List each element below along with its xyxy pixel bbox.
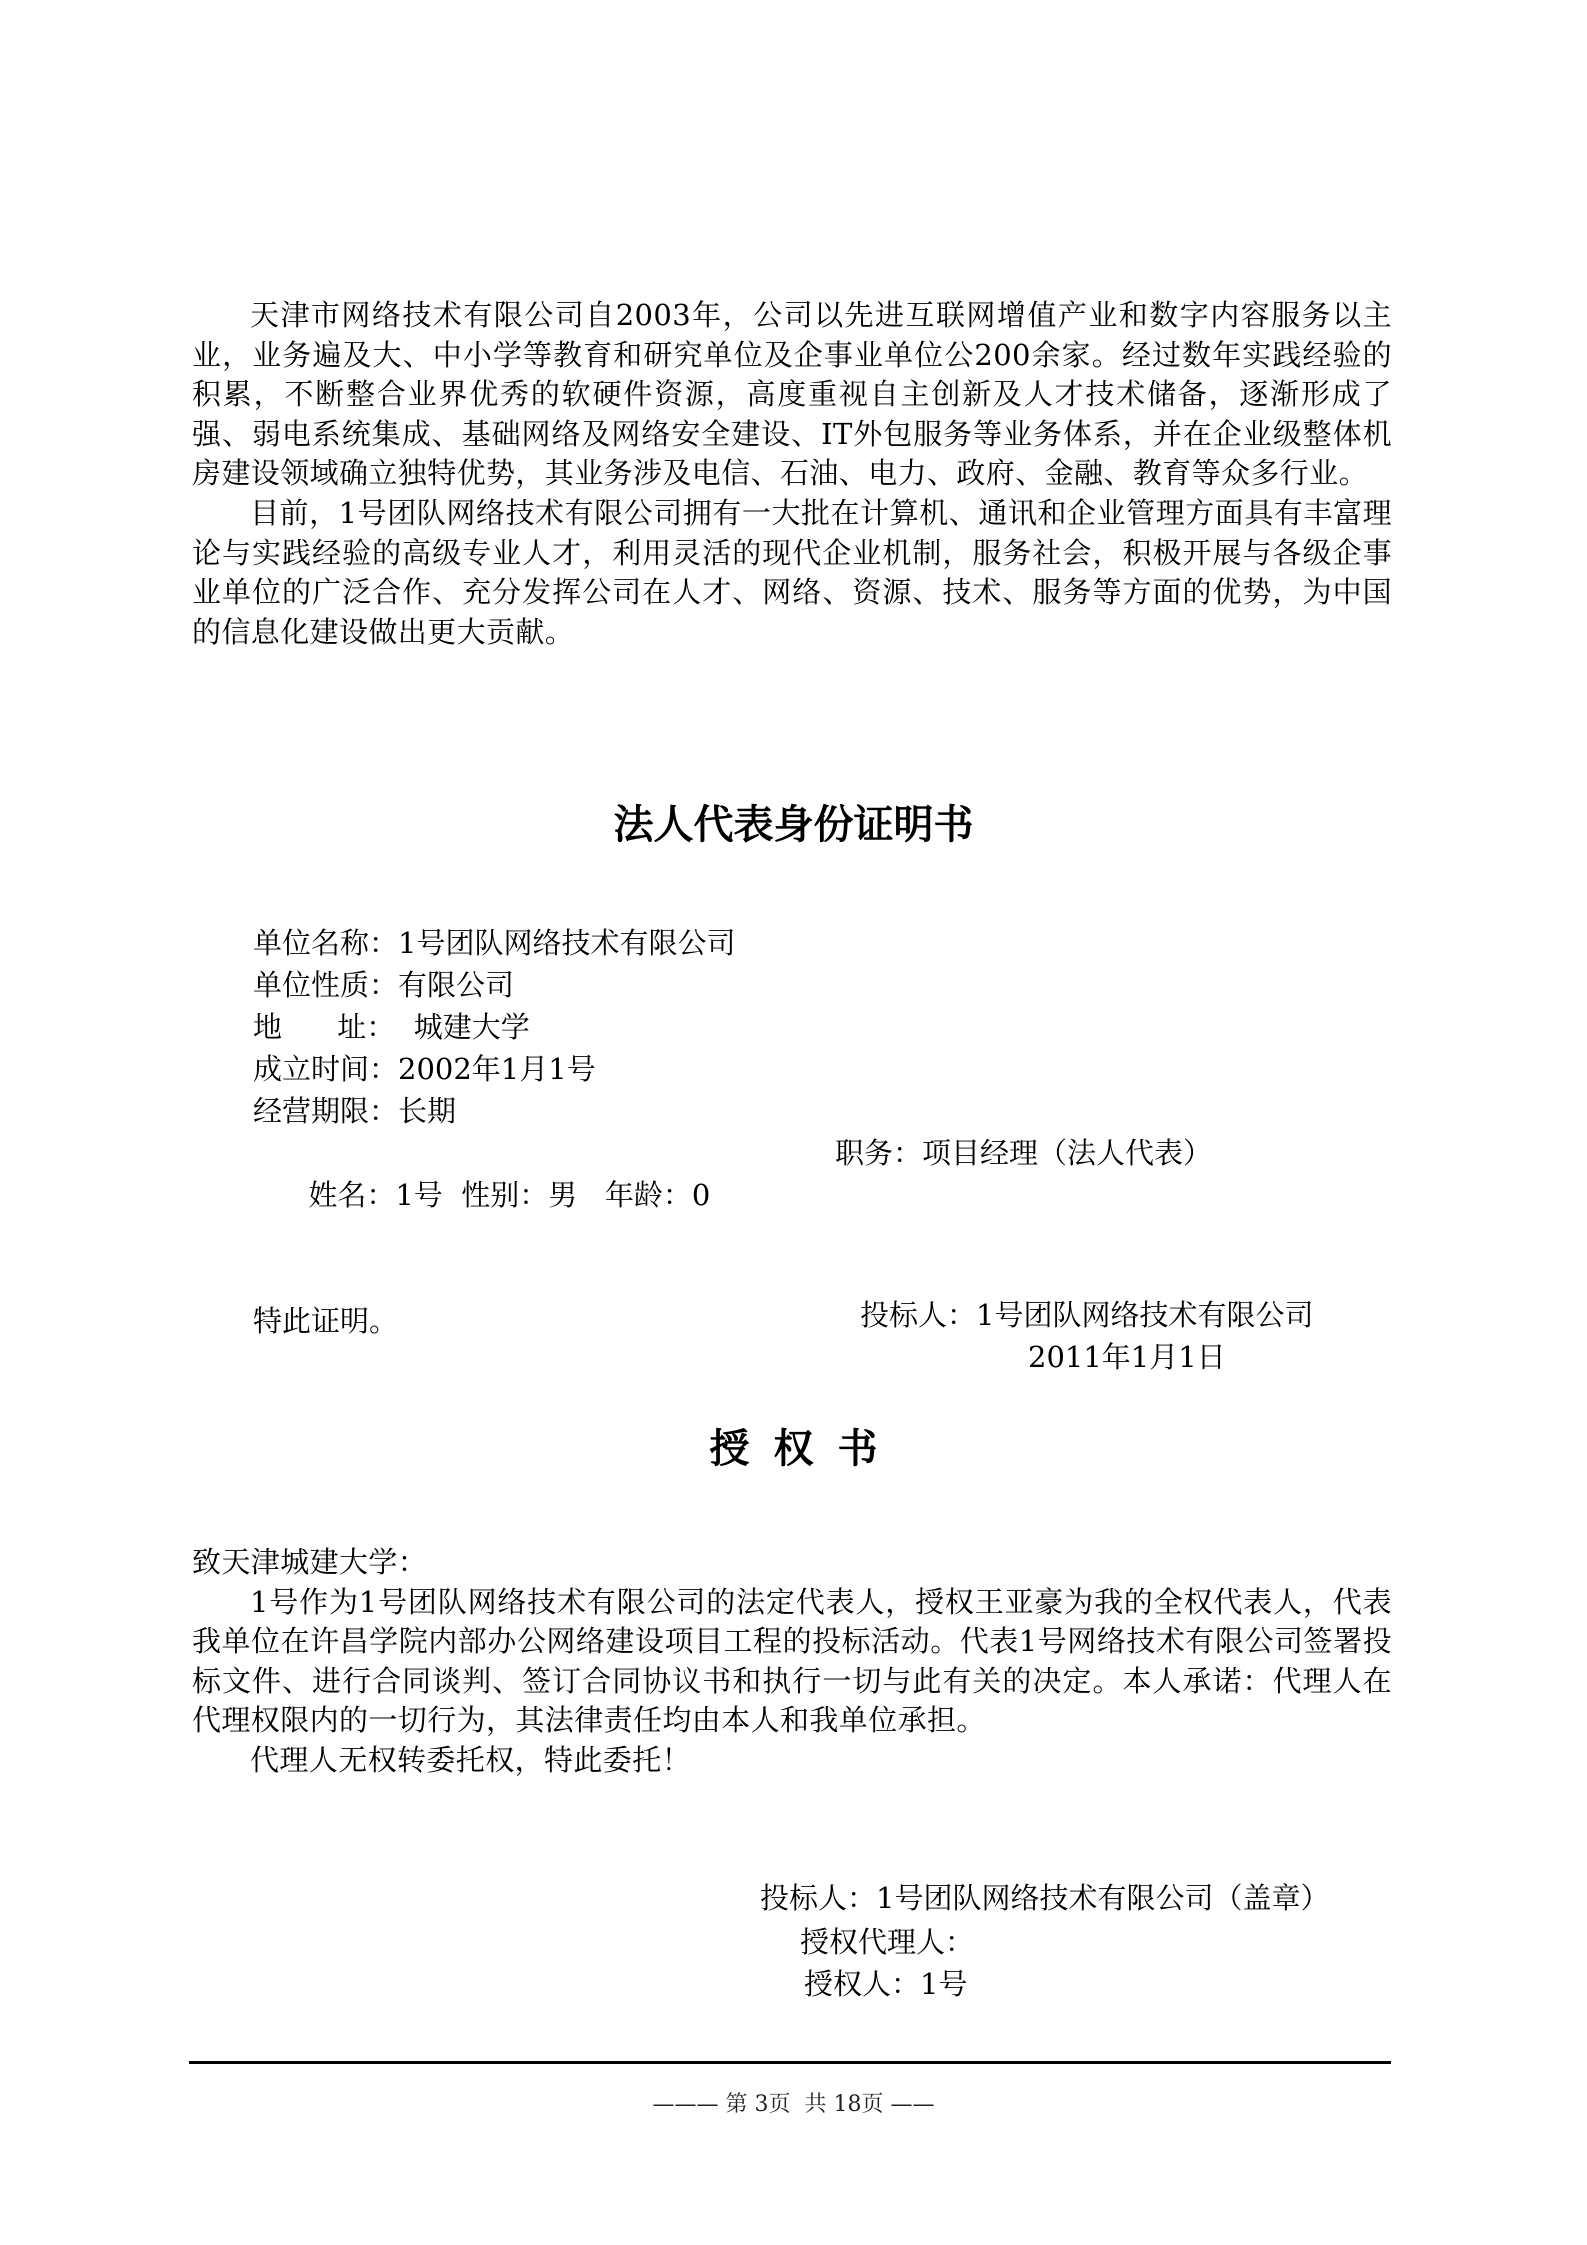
certificate-fields: 单位名称：1号团队网络技术有限公司 单位性质：有限公司 地 址： 城建大学 成立… — [253, 922, 735, 1342]
field-founded: 成立时间：2002年1月1号 — [253, 1048, 735, 1090]
field-address: 地 址： 城建大学 — [253, 1006, 735, 1048]
page-number: ——— 第 3页 共 18页 —— — [0, 2090, 1587, 2120]
authorization-body: 致天津城建大学： 1号作为1号团队网络技术有限公司的法定代表人，授权王亚豪为我的… — [192, 1543, 1392, 1781]
authorization-bidder: 投标人：1号团队网络技术有限公司（盖章） — [760, 1877, 1329, 1919]
footer-rule — [189, 2061, 1391, 2064]
intro-paragraph-1: 天津市网络技术有限公司自2003年，公司以先进互联网增值产业和数字内容服务以主业… — [192, 296, 1392, 494]
authorization-paragraph-2: 代理人无权转委托权，特此委托！ — [192, 1741, 1392, 1781]
field-term: 经营期限：长期 — [253, 1090, 735, 1132]
intro-paragraph-2: 目前，1号团队网络技术有限公司拥有一大批在计算机、通讯和企业管理方面具有丰富理论… — [192, 494, 1392, 652]
field-person-row: 姓名：1号 性别：男 年龄：0 职务：项目经理（法人代表） — [253, 1132, 735, 1300]
authorization-paragraph-1: 1号作为1号团队网络技术有限公司的法定代表人，授权王亚豪为我的全权代表人，代表我… — [192, 1583, 1392, 1741]
field-closing: 特此证明。 — [253, 1300, 735, 1342]
authorization-addressee: 致天津城建大学： — [192, 1543, 1392, 1583]
certificate-bidder: 投标人：1号团队网络技术有限公司 — [860, 1294, 1313, 1336]
authorization-grantor: 授权人：1号 — [804, 1963, 967, 2005]
certificate-title: 法人代表身份证明书 — [0, 800, 1587, 850]
field-unit-name: 单位名称：1号团队网络技术有限公司 — [253, 922, 735, 964]
field-position: 职务：项目经理（法人代表） — [835, 1132, 1212, 1174]
field-person-info: 姓名：1号 性别：男 年龄：0 — [308, 1178, 710, 1212]
document-page: 天津市网络技术有限公司自2003年，公司以先进互联网增值产业和数字内容服务以主业… — [0, 0, 1587, 2245]
authorization-title: 授权书 — [0, 1424, 1587, 1474]
company-intro: 天津市网络技术有限公司自2003年，公司以先进互联网增值产业和数字内容服务以主业… — [192, 296, 1392, 652]
field-unit-nature: 单位性质：有限公司 — [253, 964, 735, 1006]
certificate-date: 2011年1月1日 — [1028, 1336, 1226, 1378]
authorization-agent: 授权代理人： — [800, 1921, 974, 1963]
